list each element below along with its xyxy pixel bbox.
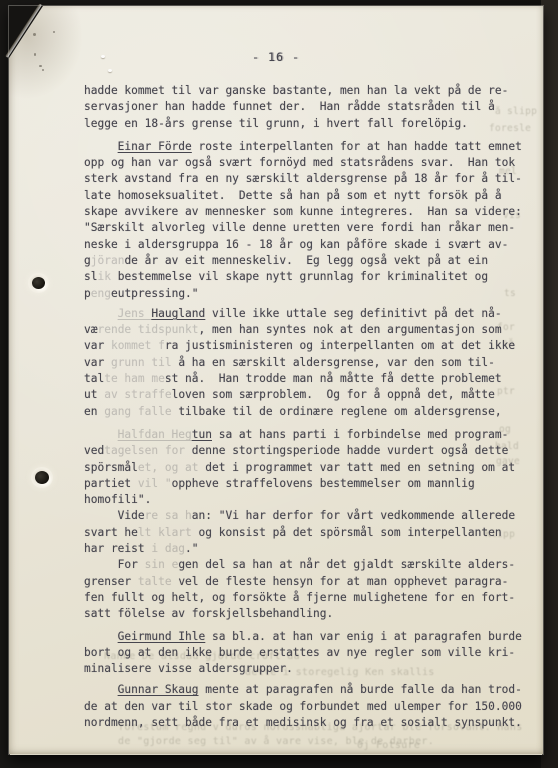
text-line: bort og at den ikke burde erstattes av n…: [84, 645, 536, 661]
document-page: å slippforeslemelvistsforsåptroghaldgave…: [9, 6, 543, 754]
text-line: sterk avstand fra en ny særskilt aldersg…: [84, 171, 536, 187]
paper-dent: [101, 55, 105, 58]
text-line: svart helt klart og konsist på det spörs…: [84, 525, 536, 541]
text-line: vedtagelsen for denne stortingsperiode h…: [84, 443, 536, 459]
paragraph: Jens Haugland ville ikke uttale seg defi…: [84, 306, 536, 420]
text-line: de at den var til stor skade og forbunde…: [84, 699, 536, 715]
paragraph: hadde kommet til var ganske bastante, me…: [84, 83, 536, 132]
text-line: slik bestemmelse vil skape nytt grunnlag…: [84, 269, 536, 285]
text-line: servasjoner han hadde funnet der. Han rå…: [84, 99, 536, 115]
paragraph: Halfdan Hegtun sa at hans parti i forbin…: [84, 427, 536, 508]
text-line: satt fölelse av forskjellsbehandling.: [84, 606, 536, 622]
text-line: late homoseksualitet. Dette så han på so…: [84, 188, 536, 204]
text-line: For sin egen del sa han at når det gjald…: [84, 557, 536, 573]
text-line: Einar Förde roste interpellanten for at …: [84, 139, 536, 155]
text-line: værende tidspunkt, men han syntes nok at…: [84, 322, 536, 338]
bleedthrough-text: de "gjorde seg til" av å vare vise, ble …: [118, 736, 434, 747]
document-text: hadde kommet til var ganske bastante, me…: [84, 83, 536, 731]
text-line: gjörande år av eit menneskeliv. Eg legg …: [84, 253, 536, 269]
text-line: Halfdan Hegtun sa at hans parti i forbin…: [84, 427, 536, 443]
text-line: grenser talte vel de fleste hensyn for a…: [84, 574, 536, 590]
paragraph: Videre sa han: "Vi har derfor for vårt v…: [84, 508, 536, 557]
paragraph: Einar Förde roste interpellanten for at …: [84, 139, 536, 302]
bleedthrough-text: 0j Fotsure: [357, 740, 420, 751]
text-line: en gang falle tilbake til de ordinære re…: [84, 404, 536, 420]
text-line: Jens Haugland ville ikke uttale seg defi…: [84, 306, 536, 322]
text-line: neske i aldersgruppa 16 - 18 år og kan p…: [84, 237, 536, 253]
text-line: var grunn til å ha en særskilt aldersgre…: [84, 355, 536, 371]
text-line: minalisere visse aldersgrupper.: [84, 661, 536, 677]
paper-dent: [108, 69, 112, 72]
text-line: opp og han var også svært fornöyd med st…: [84, 155, 536, 171]
text-line: fen fullt og helt, og forsökte å fjerne …: [84, 590, 536, 606]
text-line: pengeutpressing.": [84, 286, 536, 302]
text-line: homofili".: [84, 492, 536, 508]
text-line: ut av straffeloven som særproblem. Og fo…: [84, 387, 536, 403]
paragraph: Gunnar Skaug mente at paragrafen nå burd…: [84, 682, 536, 731]
scanned-page-background: å slippforeslemelvistsforsåptroghaldgave…: [0, 0, 558, 768]
text-line: nordmenn, sett både fra et medisinsk og …: [84, 715, 536, 731]
scanner-mat-band: [541, 0, 558, 768]
text-line: skape avvikere av mennesker som kunne in…: [84, 204, 536, 220]
text-line: legge en 18-års grense til grunn, i hver…: [84, 116, 536, 132]
punch-hole-bottom: [35, 471, 49, 484]
text-line: Videre sa han: "Vi har derfor for vårt v…: [84, 508, 536, 524]
text-line: "Særskilt alvorleg ville denne uretten v…: [84, 220, 536, 236]
text-line: spörsmålet, og at det i programmet var t…: [84, 460, 536, 476]
text-line: Gunnar Skaug mente at paragrafen nå burd…: [84, 682, 536, 698]
text-line: var kommet fra justisministeren og inter…: [84, 338, 536, 354]
paragraph: For sin egen del sa han at når det gjald…: [84, 557, 536, 622]
text-line: har reist i dag.": [84, 541, 536, 557]
text-line: hadde kommet til var ganske bastante, me…: [84, 83, 536, 99]
punch-hole-top: [32, 277, 45, 289]
paragraph: Geirmund Ihle sa bl.a. at han var enig i…: [84, 629, 536, 678]
text-line: partiet vil "oppheve straffelovens beste…: [84, 476, 536, 492]
text-line: talte ham mest nå. Han trodde man nå måt…: [84, 371, 536, 387]
text-line: Geirmund Ihle sa bl.a. at han var enig i…: [84, 629, 536, 645]
